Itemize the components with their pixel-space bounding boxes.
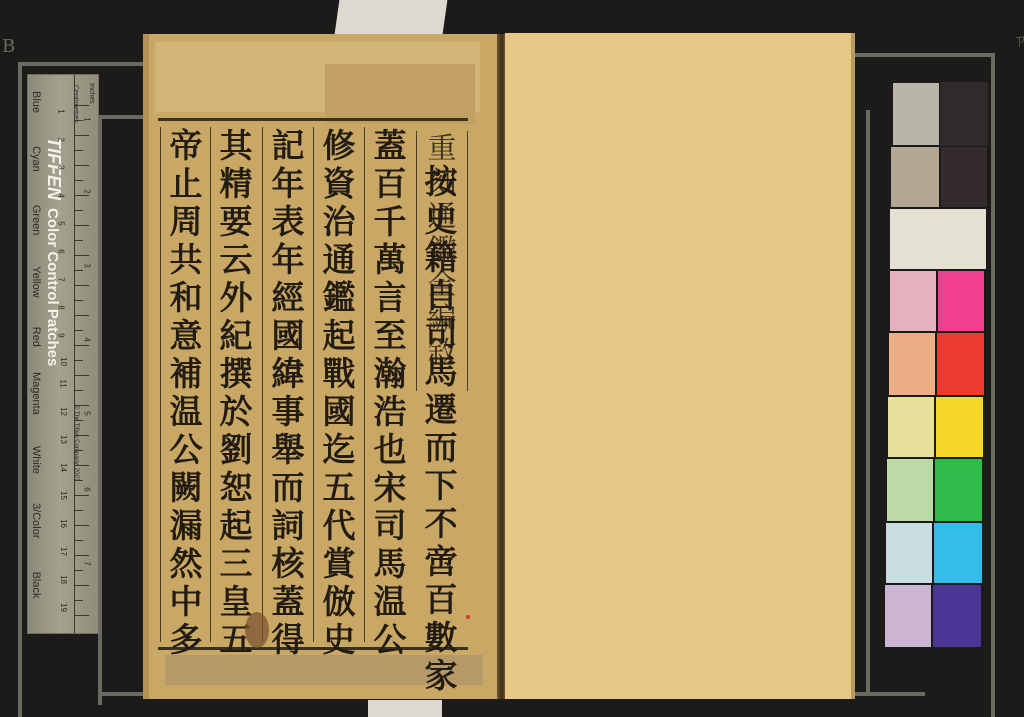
text-column-4: 記年 表年 經國 緯事 舉而 詞核 蓋得 [262, 127, 313, 642]
stand-glyph-right: ㄗ [1012, 28, 1024, 51]
patch-light-green [886, 458, 934, 522]
patch-light-yellow [887, 396, 935, 458]
patch-lavender [884, 584, 932, 648]
tiffen-ruler: Blue Cyan Green Yellow Red Magenta White… [27, 74, 99, 634]
color-control-patches [884, 82, 988, 648]
ruler-scale: 1 2 3 4 5 6 7 8 9 10 11 12 13 14 15 16 1… [74, 75, 95, 633]
text-column-6: 帝止 周共 和意 補温 公闕 漏然 中多 [160, 127, 211, 642]
patch-white [889, 208, 987, 270]
top-tape [335, 0, 448, 34]
right-page-blank [505, 33, 855, 699]
patch-light-cyan [885, 522, 933, 584]
patch-light-pink [889, 270, 937, 332]
bottom-tape [368, 700, 442, 717]
stand-letter-b: B [2, 36, 15, 57]
patch-yellow [935, 396, 984, 458]
ruler-color-labels: Blue Cyan Green Yellow Red Magenta White… [30, 91, 42, 599]
text-column-5: 其精 要云 外紀 撰於 劉恕 起三 皇五 [210, 127, 261, 642]
stand-frame-right [991, 53, 995, 717]
printed-text-block: 重 刻 通 鑑 全 編 敘 按史 籍自 司馬 遷而 下不 啻百 數家 蓋百 千萬… [158, 118, 468, 650]
text-column-3: 修資 治通 鑑起 戰國 迄五 代賞 倣史 [313, 127, 364, 642]
text-column-2: 蓋百 千萬 言至 瀚浩 也宋 司馬 温公 [364, 127, 415, 642]
patch-peach [888, 332, 936, 396]
stand-frame-right-top [855, 53, 995, 57]
stand-frame-inner-top [98, 115, 146, 119]
stand-frame-left [18, 62, 22, 717]
patch-purple [932, 584, 982, 648]
patch-tan [890, 146, 940, 208]
ink-stain-spot [245, 612, 269, 648]
patch-gray-light [892, 82, 940, 146]
patch-cyan [933, 522, 983, 584]
stand-frame-inner-right [866, 110, 870, 695]
patch-dark-1 [940, 82, 988, 146]
stand-frame-bottom [98, 692, 148, 696]
stand-frame-bottom-right [855, 692, 925, 696]
patch-green [934, 458, 983, 522]
red-mark [466, 615, 470, 619]
stand-frame-top-left [18, 62, 146, 66]
patch-dark-2 [940, 146, 988, 208]
patch-magenta [937, 270, 985, 332]
patch-red [936, 332, 985, 396]
text-column-1: 按史 籍自 司馬 遷而 下不 啻百 數家 [416, 163, 466, 643]
water-stain [325, 64, 475, 124]
